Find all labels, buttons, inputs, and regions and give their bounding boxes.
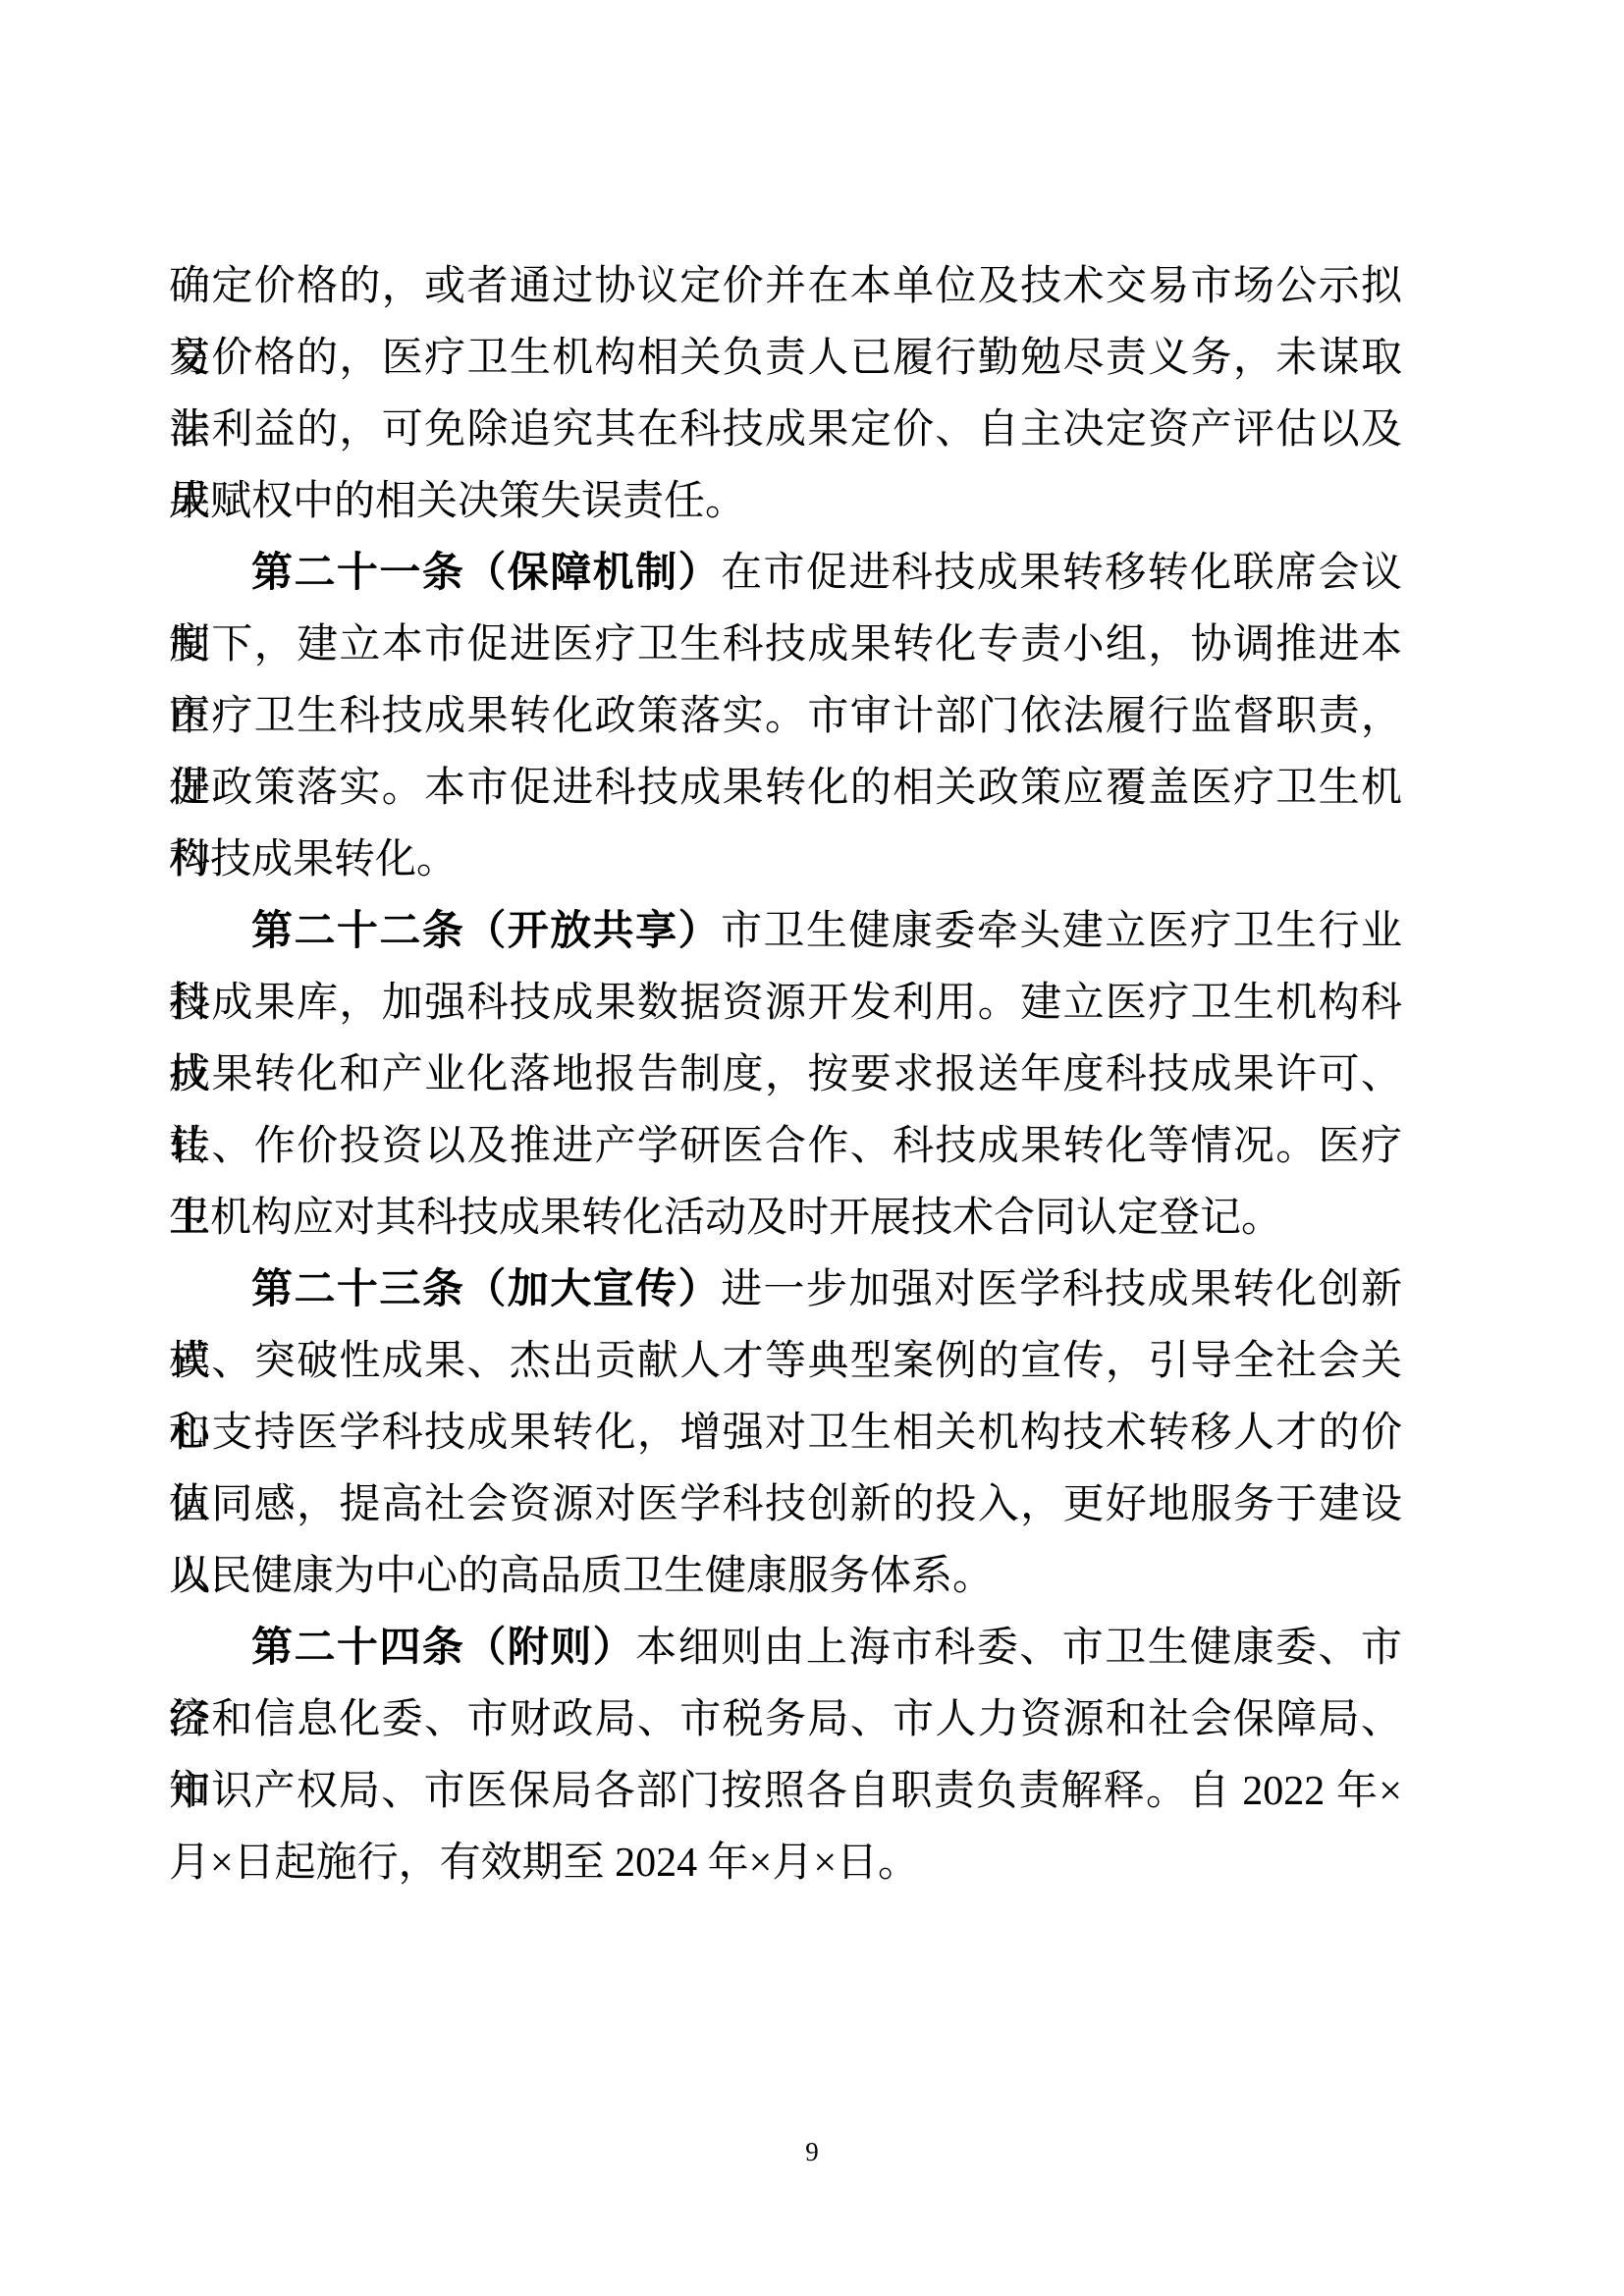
text-line: 济和信息化委、市财政局、市税务局、市人力资源和社会保障局、市 (169, 1684, 1402, 1756)
text-line: 法利益的，可免除追究其在科技成果定价、自主决定资产评估以及成 (169, 395, 1402, 466)
text-line: 生机构应对其科技成果转化活动及时开展技术合同认定登记。 (169, 1183, 1402, 1255)
text-line: 让、作价投资以及推进产学研医合作、科技成果转化等情况。医疗卫 (169, 1111, 1402, 1183)
text-line: 式、突破性成果、杰出贡献人才等典型案例的宣传，引导全社会关心 (169, 1326, 1402, 1398)
text-line: 果赋权中的相关决策失误责任。 (169, 466, 1402, 538)
text-line: 科技成果转化。 (169, 825, 1402, 896)
document-body: 确定价格的，或者通过协议定价并在本单位及技术交易市场公示拟交易价格的，医疗卫生机… (169, 251, 1402, 1899)
text-line: 人民健康为中心的高品质卫生健康服务体系。 (169, 1541, 1402, 1613)
text-line: 度下，建立本市促进医疗卫生科技成果转化专责小组，协调推进本市 (169, 610, 1402, 681)
document-page: 确定价格的，或者通过协议定价并在本单位及技术交易市场公示拟交易价格的，医疗卫生机… (0, 0, 1624, 2296)
article-heading: 第二十一条（保障机制） (251, 551, 721, 596)
text-line: 月×日起施行，有效期至 2024 年×月×日。 (169, 1828, 1402, 1899)
text-line: 知识产权局、市医保局各部门按照各自职责负责解释。自 2022 年× (169, 1756, 1402, 1828)
text-line: 和支持医学科技成果转化，增强对卫生相关机构技术转移人才的价值 (169, 1398, 1402, 1469)
text-line: 成果转化和产业化落地报告制度，按要求报送年度科技成果许可、转 (169, 1040, 1402, 1111)
text-line: 第二十二条（开放共享）市卫生健康委牵头建立医疗卫生行业科 (169, 896, 1402, 968)
text-line: 进政策落实。本市促进科技成果转化的相关政策应覆盖医疗卫生机构 (169, 753, 1402, 825)
text-line: 医疗卫生科技成果转化政策落实。市审计部门依法履行监督职责，促 (169, 681, 1402, 753)
text-line: 确定价格的，或者通过协议定价并在本单位及技术交易市场公示拟交 (169, 251, 1402, 323)
text-line: 第二十一条（保障机制）在市促进科技成果转移转化联席会议制 (169, 538, 1402, 610)
article-heading: 第二十四条（附则） (251, 1626, 635, 1671)
page-number: 9 (0, 2132, 1624, 2171)
text-line: 第二十三条（加大宣传）进一步加强对医学科技成果转化创新模 (169, 1255, 1402, 1326)
text-line: 技成果库，加强科技成果数据资源开发利用。建立医疗卫生机构科技 (169, 968, 1402, 1040)
text-line: 第二十四条（附则）本细则由上海市科委、市卫生健康委、市经 (169, 1613, 1402, 1684)
article-heading: 第二十二条（开放共享） (251, 909, 721, 954)
text-line: 易价格的，医疗卫生机构相关负责人已履行勤勉尽责义务，未谋取非 (169, 323, 1402, 395)
article-heading: 第二十三条（加大宣传） (251, 1267, 721, 1312)
text-line: 认同感，提高社会资源对医学科技创新的投入，更好地服务于建设以 (169, 1469, 1402, 1541)
